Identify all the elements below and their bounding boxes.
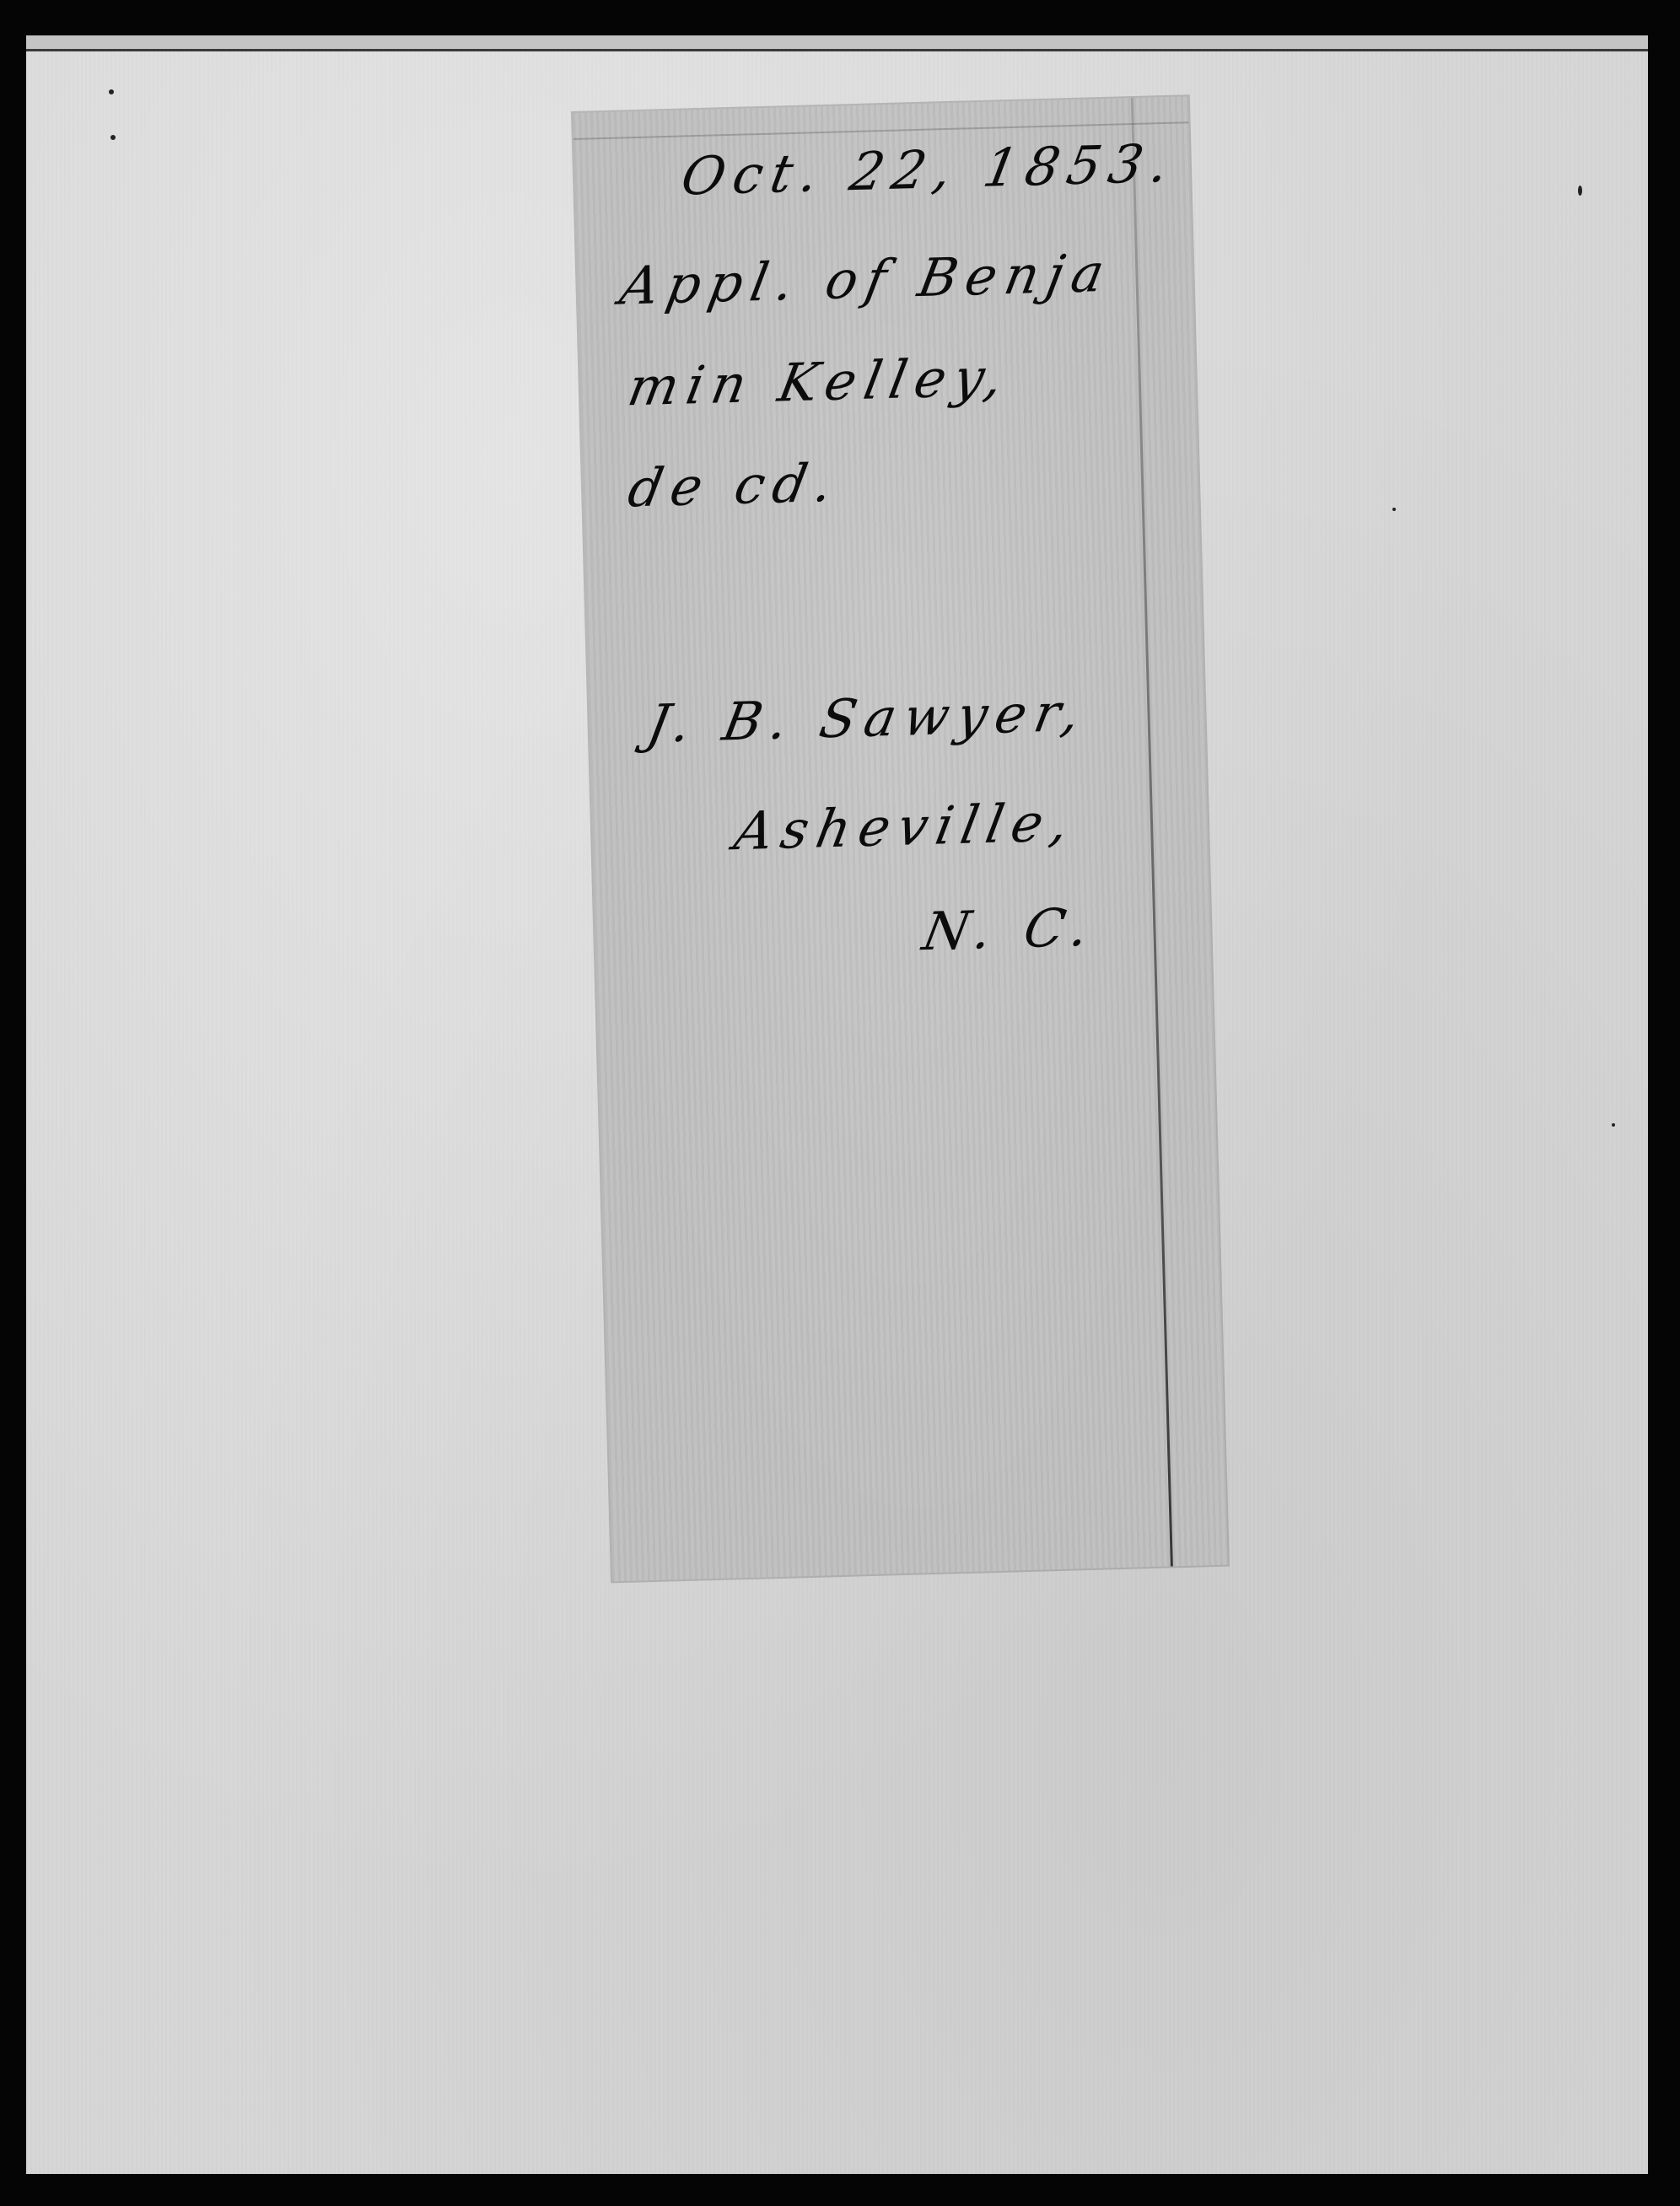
card-date-line: Oct. 22, 1853. [676, 132, 1182, 207]
card-text-line: Appl. of Benja [616, 242, 1117, 317]
page-speck [109, 89, 114, 94]
card-signature-name: J. B. Sawyer, [643, 681, 1094, 755]
page-top-edge [26, 35, 1648, 51]
document-page: Oct. 22, 1853. Appl. of Benja min Kelley… [26, 35, 1648, 2174]
scan-background: Oct. 22, 1853. Appl. of Benja min Kelley… [0, 0, 1680, 2206]
handwritten-card: Oct. 22, 1853. Appl. of Benja min Kelley… [573, 96, 1228, 1581]
page-speck [1612, 1123, 1615, 1127]
card-text-line: min Kelley, [623, 346, 1016, 418]
card-signature-state: N. C. [918, 896, 1102, 962]
page-speck [1392, 508, 1396, 511]
page-speck [1578, 186, 1582, 196]
page-speck [110, 135, 116, 140]
card-margin-rule [1131, 98, 1173, 1566]
card-signature-city: Asheville, [730, 791, 1082, 862]
card-text-line: de cd. [623, 451, 846, 519]
